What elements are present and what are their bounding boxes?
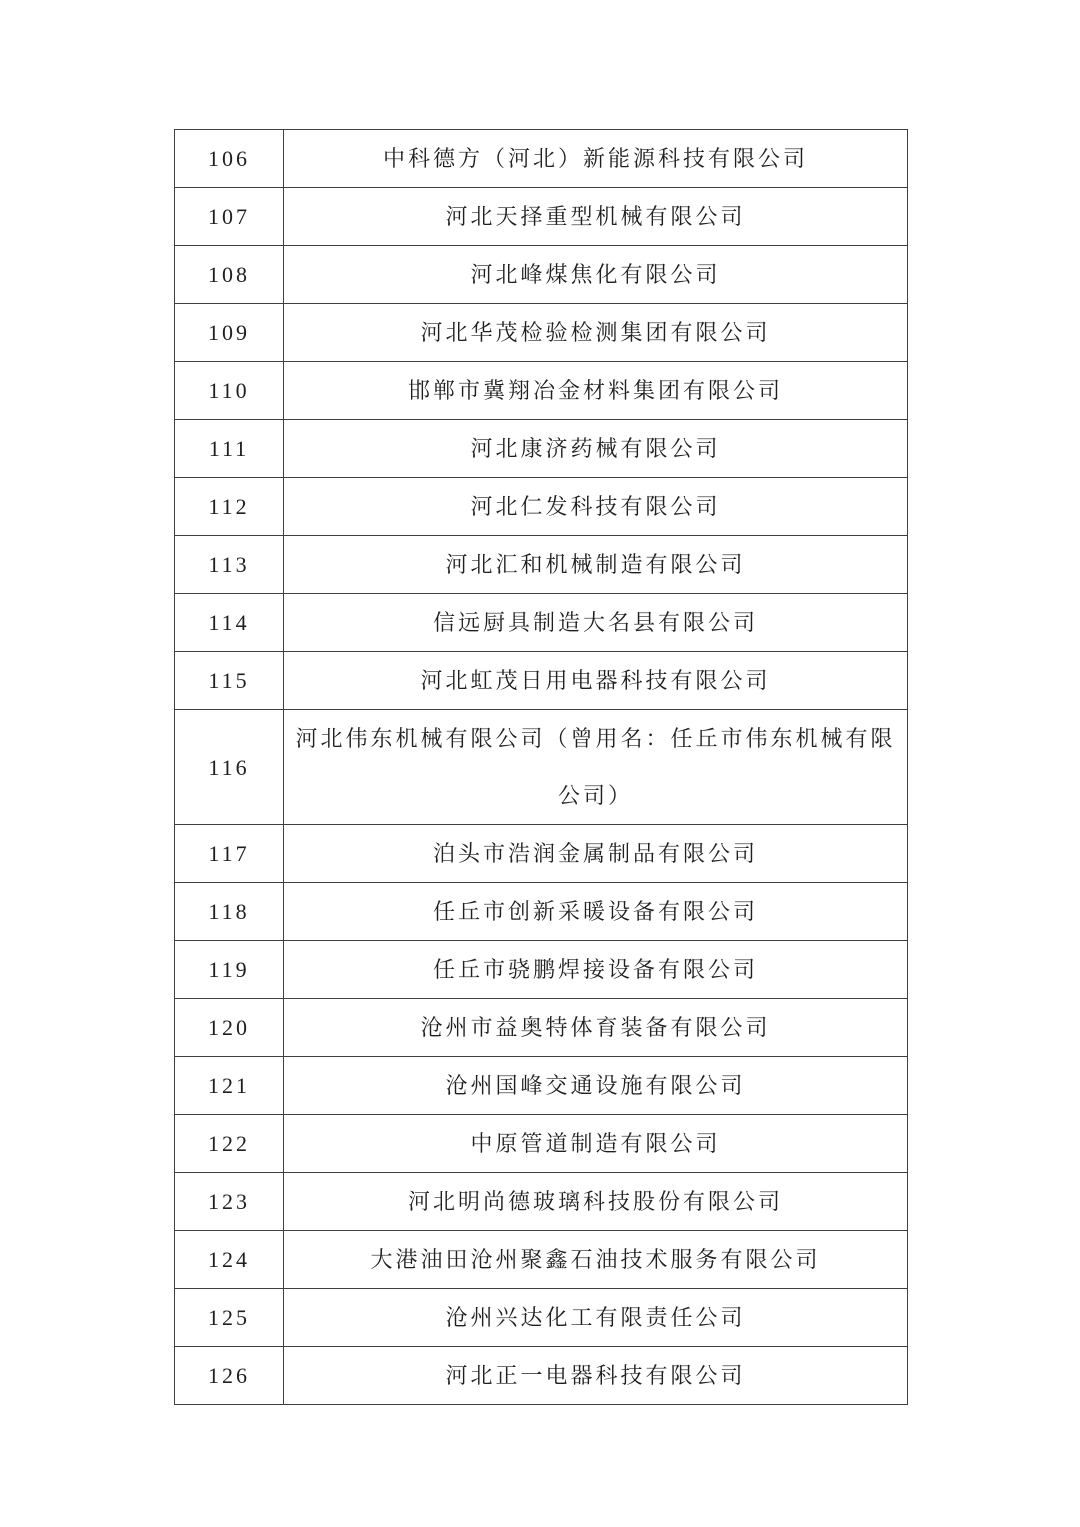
company-name-cell: 河北仁发科技有限公司: [284, 478, 908, 536]
company-name-cell: 沧州市益奥特体育装备有限公司: [284, 999, 908, 1057]
row-number-cell: 116: [175, 710, 284, 825]
company-name-cell: 河北汇和机械制造有限公司: [284, 536, 908, 594]
table-row: 112 河北仁发科技有限公司: [175, 478, 908, 536]
company-name-cell: 沧州国峰交通设施有限公司: [284, 1057, 908, 1115]
row-number-cell: 122: [175, 1115, 284, 1173]
table-row: 117 泊头市浩润金属制品有限公司: [175, 825, 908, 883]
table-row: 122 中原管道制造有限公司: [175, 1115, 908, 1173]
company-name-cell: 任丘市骁鹏焊接设备有限公司: [284, 941, 908, 999]
table-row: 107 河北天择重型机械有限公司: [175, 188, 908, 246]
company-name-cell: 河北正一电器科技有限公司: [284, 1347, 908, 1405]
table-row: 123 河北明尚德玻璃科技股份有限公司: [175, 1173, 908, 1231]
table-row: 119 任丘市骁鹏焊接设备有限公司: [175, 941, 908, 999]
row-number-cell: 112: [175, 478, 284, 536]
row-number-cell: 111: [175, 420, 284, 478]
table-row: 114 信远厨具制造大名县有限公司: [175, 594, 908, 652]
row-number-cell: 119: [175, 941, 284, 999]
row-number-cell: 120: [175, 999, 284, 1057]
table-row: 124 大港油田沧州聚鑫石油技术服务有限公司: [175, 1231, 908, 1289]
table-row: 116 河北伟东机械有限公司（曾用名：任丘市伟东机械有限公司）: [175, 710, 908, 825]
company-name-cell: 河北天择重型机械有限公司: [284, 188, 908, 246]
company-name-cell: 任丘市创新采暖设备有限公司: [284, 883, 908, 941]
row-number-cell: 107: [175, 188, 284, 246]
row-number-cell: 123: [175, 1173, 284, 1231]
row-number-cell: 115: [175, 652, 284, 710]
table-row: 121 沧州国峰交通设施有限公司: [175, 1057, 908, 1115]
row-number-cell: 109: [175, 304, 284, 362]
row-number-cell: 125: [175, 1289, 284, 1347]
row-number-cell: 106: [175, 130, 284, 188]
table-row: 106 中科德方（河北）新能源科技有限公司: [175, 130, 908, 188]
row-number-cell: 124: [175, 1231, 284, 1289]
table-row: 109 河北华茂检验检测集团有限公司: [175, 304, 908, 362]
table-row: 126 河北正一电器科技有限公司: [175, 1347, 908, 1405]
company-name-cell: 河北峰煤焦化有限公司: [284, 246, 908, 304]
company-name-cell: 河北虹茂日用电器科技有限公司: [284, 652, 908, 710]
row-number-cell: 126: [175, 1347, 284, 1405]
document-page: 106 中科德方（河北）新能源科技有限公司 107 河北天择重型机械有限公司 1…: [0, 0, 1080, 1527]
table-row: 111 河北康济药械有限公司: [175, 420, 908, 478]
row-number-cell: 110: [175, 362, 284, 420]
company-name-cell: 信远厨具制造大名县有限公司: [284, 594, 908, 652]
table-body: 106 中科德方（河北）新能源科技有限公司 107 河北天择重型机械有限公司 1…: [175, 130, 908, 1405]
table-row: 110 邯郸市冀翔冶金材料集团有限公司: [175, 362, 908, 420]
table-row: 120 沧州市益奥特体育装备有限公司: [175, 999, 908, 1057]
row-number-cell: 118: [175, 883, 284, 941]
row-number-cell: 108: [175, 246, 284, 304]
company-name-cell: 河北明尚德玻璃科技股份有限公司: [284, 1173, 908, 1231]
company-name-cell: 中原管道制造有限公司: [284, 1115, 908, 1173]
company-list-table: 106 中科德方（河北）新能源科技有限公司 107 河北天择重型机械有限公司 1…: [174, 129, 908, 1405]
company-name-cell: 中科德方（河北）新能源科技有限公司: [284, 130, 908, 188]
company-name-cell: 泊头市浩润金属制品有限公司: [284, 825, 908, 883]
row-number-cell: 114: [175, 594, 284, 652]
table-row: 108 河北峰煤焦化有限公司: [175, 246, 908, 304]
table-row: 118 任丘市创新采暖设备有限公司: [175, 883, 908, 941]
row-number-cell: 121: [175, 1057, 284, 1115]
row-number-cell: 117: [175, 825, 284, 883]
company-name-cell: 大港油田沧州聚鑫石油技术服务有限公司: [284, 1231, 908, 1289]
table-row: 115 河北虹茂日用电器科技有限公司: [175, 652, 908, 710]
company-name-cell: 河北华茂检验检测集团有限公司: [284, 304, 908, 362]
company-name-cell: 沧州兴达化工有限责任公司: [284, 1289, 908, 1347]
row-number-cell: 113: [175, 536, 284, 594]
company-name-cell: 河北伟东机械有限公司（曾用名：任丘市伟东机械有限公司）: [284, 710, 908, 825]
company-name-cell: 邯郸市冀翔冶金材料集团有限公司: [284, 362, 908, 420]
company-name-cell: 河北康济药械有限公司: [284, 420, 908, 478]
table-row: 125 沧州兴达化工有限责任公司: [175, 1289, 908, 1347]
table-row: 113 河北汇和机械制造有限公司: [175, 536, 908, 594]
